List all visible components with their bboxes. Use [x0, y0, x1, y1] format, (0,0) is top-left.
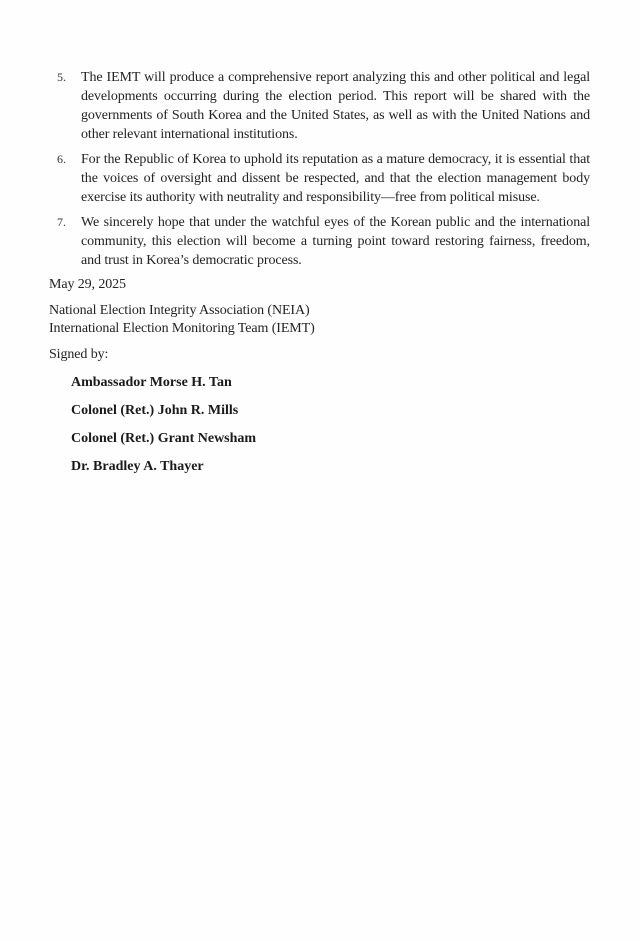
organization-iemt: International Election Monitoring Team (… [49, 319, 315, 338]
document-date: May 29, 2025 [49, 275, 126, 294]
item-text: We sincerely hope that under the watchfu… [81, 213, 590, 270]
document-page: 5. The IEMT will produce a comprehensive… [0, 0, 640, 941]
organization-neia: National Election Integrity Association … [49, 301, 310, 320]
item-number: 6. [57, 150, 66, 169]
signed-by-label: Signed by: [49, 345, 108, 364]
item-number: 7. [57, 213, 66, 232]
signatory: Colonel (Ret.) Grant Newsham [71, 429, 256, 448]
signatory: Dr. Bradley A. Thayer [71, 457, 204, 476]
item-number: 5. [57, 68, 66, 87]
item-text: For the Republic of Korea to uphold its … [81, 150, 590, 207]
signatory: Colonel (Ret.) John R. Mills [71, 401, 238, 420]
signatory: Ambassador Morse H. Tan [71, 373, 232, 392]
item-text: The IEMT will produce a comprehensive re… [81, 68, 590, 144]
